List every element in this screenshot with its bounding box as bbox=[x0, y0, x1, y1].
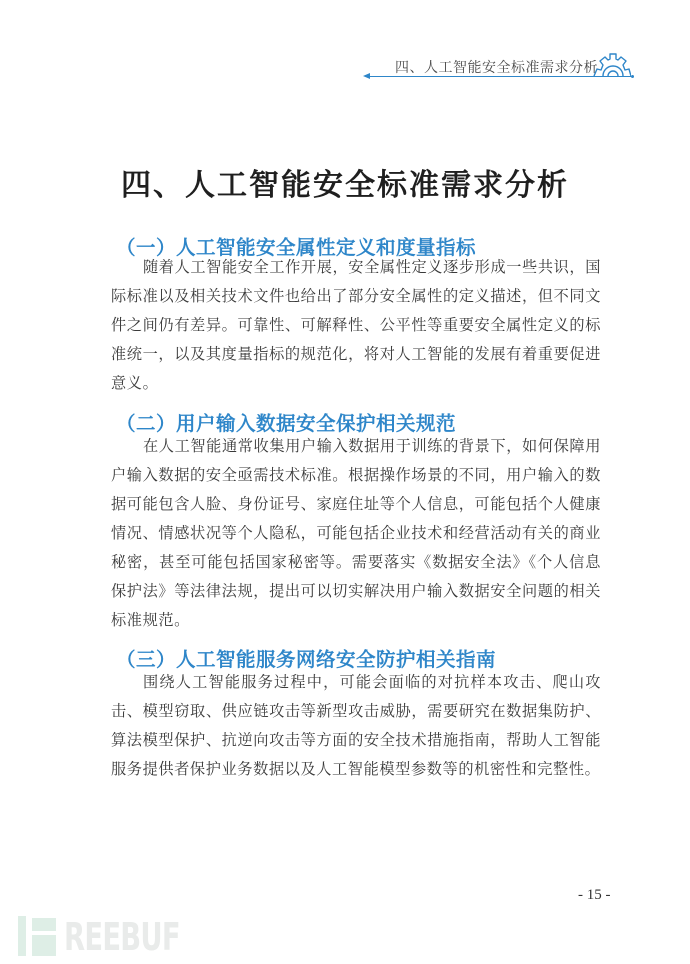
gear-icon bbox=[591, 52, 631, 78]
page-number: - 15 - bbox=[578, 887, 611, 904]
section-paragraph-1: 随着人工智能安全工作开展，安全属性定义逐步形成一些共识，国际标准以及相关技术文件… bbox=[111, 253, 601, 398]
watermark-logo: REEBUF bbox=[18, 916, 225, 956]
running-header: 四、人工智能安全标准需求分析 bbox=[363, 52, 638, 82]
section-paragraph-3: 围绕人工智能服务过程中，可能会面临的对抗样本攻击、爬山攻击、模型窃取、供应链攻击… bbox=[111, 668, 601, 784]
document-page: 四、人工智能安全标准需求分析 四、人工智能安全标准需求分析 （一）人工智能安全属… bbox=[0, 0, 690, 964]
section-paragraph-2: 在人工智能通常收集用户输入数据用于训练的背景下，如何保障用户输入数据的安全亟需技… bbox=[111, 432, 601, 635]
page-title: 四、人工智能安全标准需求分析 bbox=[0, 160, 690, 204]
watermark-text: REEBUF bbox=[64, 918, 180, 956]
running-header-title: 四、人工智能安全标准需求分析 bbox=[395, 57, 598, 77]
watermark-f-icon bbox=[18, 916, 60, 956]
rule-end-dot bbox=[631, 75, 634, 78]
